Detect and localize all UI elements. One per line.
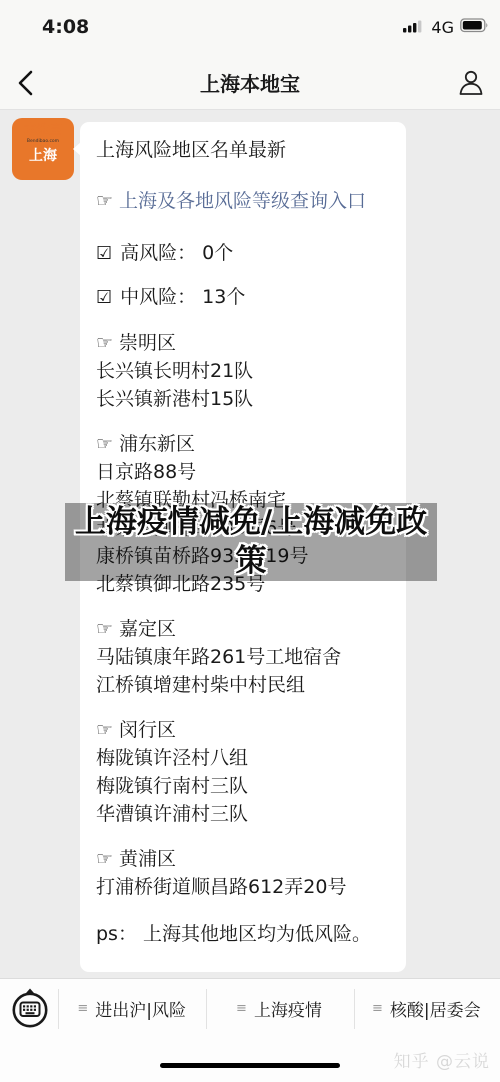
district-header: ☞闵行区 (96, 716, 392, 744)
signal-strength-icon (403, 18, 425, 37)
status-icons: 4G (403, 18, 490, 37)
pointing-hand-icon: ☞ (96, 848, 113, 870)
risk-query-link[interactable]: ☞上海及各地风险等级查询入口 (96, 187, 392, 215)
pointing-hand-icon: ☞ (96, 190, 113, 212)
district-header: ☞崇明区 (96, 329, 392, 357)
battery-icon (460, 18, 490, 37)
address-line: 梅陇镇行南村三队 (96, 772, 392, 800)
checkbox-icon: ☑ (96, 243, 112, 264)
toolbar-menu-item[interactable]: ≡核酸|居委会 (353, 979, 500, 1037)
menu-lines-icon: ≡ (236, 1002, 247, 1015)
pointing-hand-icon: ☞ (96, 332, 113, 354)
checkbox-icon: ☑ (96, 287, 112, 308)
district-sections: ☞崇明区长兴镇长明村21队长兴镇新港村15队☞浦东新区日京路88号北蔡镇联勤村冯… (96, 329, 392, 901)
contact-person-icon[interactable] (456, 67, 486, 97)
keyboard-toggle-icon[interactable] (9, 986, 51, 1030)
avatar-brand-text: 本地宝 (18, 123, 68, 138)
risk-query-link-text[interactable]: 上海及各地风险等级查询入口 (119, 190, 366, 212)
address-line: 打浦桥街道顺昌路612弄20号 (96, 873, 392, 901)
risk-stat-text: 中风险： 13个 (120, 286, 245, 308)
district-name: 浦东新区 (119, 433, 195, 455)
risk-stat-line: ☑高风险： 0个 (96, 239, 392, 268)
risk-stat-line: ☑中风险： 13个 (96, 283, 392, 312)
district-name: 黄浦区 (119, 848, 176, 870)
pointing-hand-icon: ☞ (96, 618, 113, 640)
pointing-hand-icon: ☞ (96, 719, 113, 741)
menu-item-label: 进出沪|风险 (95, 996, 186, 1021)
status-time: 4:08 (42, 16, 89, 38)
address-line: 梅陇镇许泾村八组 (96, 744, 392, 772)
menu-lines-icon: ≡ (372, 1002, 383, 1015)
district-header: ☞嘉定区 (96, 615, 392, 643)
ps-note: ps： 上海其他地区均为低风险。 (96, 920, 392, 948)
chat-area: 本地宝 Bendibao.com 上海 上海风险地区名单最新 ☞上海及各地风险等… (0, 110, 500, 978)
watermark-overlay: 上海疫情减免/上海减免政策 (65, 503, 437, 581)
district-section: ☞黄浦区打浦桥街道顺昌路612弄20号 (96, 845, 392, 901)
toolbar-menu: ≡进出沪|风险≡上海疫情≡核酸|居委会 (58, 979, 500, 1037)
official-account-avatar[interactable]: 本地宝 Bendibao.com 上海 (12, 118, 74, 180)
address-line: 日京路88号 (96, 458, 392, 486)
toolbar-menu-item[interactable]: ≡进出沪|风险 (58, 979, 205, 1037)
address-line: 长兴镇长明村21队 (96, 357, 392, 385)
avatar-city-text: 上海 (18, 146, 68, 166)
nav-bar: 上海本地宝 (0, 55, 500, 110)
avatar-logo: 本地宝 Bendibao.com (18, 123, 68, 144)
watermark-title: 上海疫情减免/上海减免政策 (65, 503, 437, 581)
home-indicator (160, 1063, 340, 1068)
risk-stats: ☑高风险： 0个☑中风险： 13个 (96, 239, 392, 312)
address-line: 华漕镇许浦村三队 (96, 800, 392, 828)
message-title: 上海风险地区名单最新 (96, 136, 392, 164)
menu-item-label: 核酸|居委会 (390, 996, 481, 1021)
phone-screen: 4:08 4G (0, 0, 500, 1082)
district-section: ☞闵行区梅陇镇许泾村八组梅陇镇行南村三队华漕镇许浦村三队 (96, 716, 392, 828)
network-type-label: 4G (431, 18, 454, 37)
toolbar-menu-item[interactable]: ≡上海疫情 (205, 979, 352, 1037)
page-title: 上海本地宝 (0, 68, 500, 97)
risk-stat-text: 高风险： 0个 (120, 242, 233, 264)
credit-watermark: 知乎 @云说 (394, 1047, 490, 1072)
menu-item-label: 上海疫情 (254, 996, 322, 1021)
top-bars: 4:08 4G (0, 0, 500, 110)
district-header: ☞浦东新区 (96, 430, 392, 458)
district-name: 嘉定区 (119, 618, 176, 640)
address-line: 长兴镇新港村15队 (96, 385, 392, 413)
district-section: ☞嘉定区马陆镇康年路261号工地宿舍江桥镇增建村柴中村民组 (96, 615, 392, 699)
address-line: 马陆镇康年路261号工地宿舍 (96, 643, 392, 671)
address-line: 江桥镇增建村柴中村民组 (96, 671, 392, 699)
district-section: ☞崇明区长兴镇长明村21队长兴镇新港村15队 (96, 329, 392, 413)
district-name: 闵行区 (119, 719, 176, 741)
pointing-hand-icon: ☞ (96, 433, 113, 455)
district-name: 崇明区 (119, 332, 176, 354)
district-header: ☞黄浦区 (96, 845, 392, 873)
avatar-domain-text: Bendibao.com (21, 138, 66, 143)
menu-lines-icon: ≡ (77, 1002, 88, 1015)
